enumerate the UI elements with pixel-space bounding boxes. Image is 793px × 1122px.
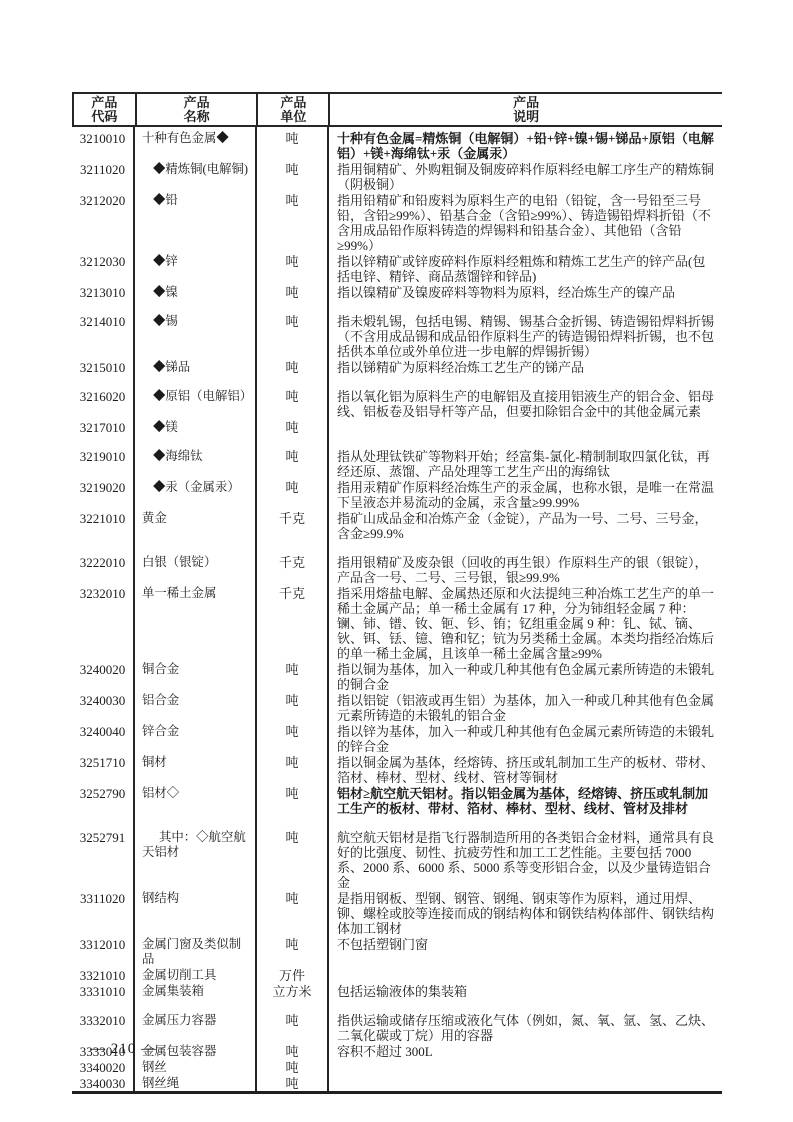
product-name-cell: 铝材◇ bbox=[133, 785, 255, 816]
product-code-cell: 3252790 bbox=[72, 785, 133, 816]
table-row: 3219020 ◆汞（金属汞） 吨 指用汞精矿作原料经冶炼生产的汞金属，也称水银… bbox=[72, 479, 722, 510]
product-description-cell bbox=[327, 419, 722, 435]
table-header-row: 产品 代码 产品 名称 产品 单位 产品 说明 bbox=[72, 92, 722, 127]
product-name-cell: 金属切削工具 bbox=[133, 967, 255, 983]
product-description-cell: 指以铜为基体，加入一种或几种其他有色金属元素所铸造的未锻轧的铜合金 bbox=[327, 661, 722, 692]
product-code-cell: 3212030 bbox=[72, 253, 133, 284]
table-row: 3221010 黄金 千克 指矿山成品金和冶炼产金（金锭），产品为一号、二号、三… bbox=[72, 510, 722, 541]
header-product-code-line1: 产品 bbox=[74, 96, 135, 110]
table-row: 3340020 钢丝 吨 bbox=[72, 1059, 722, 1075]
product-name-cell: 铝合金 bbox=[133, 692, 255, 723]
product-code-cell: 3215010 bbox=[72, 359, 133, 375]
product-code-cell: 3340020 bbox=[72, 1059, 133, 1075]
header-product-code: 产品 代码 bbox=[74, 94, 135, 125]
product-unit-cell: 万件 bbox=[255, 967, 327, 983]
product-name-cell: 钢结构 bbox=[133, 890, 255, 936]
header-product-description-line2: 说明 bbox=[330, 110, 722, 124]
product-name-cell: 单一稀土金属 bbox=[133, 585, 255, 661]
product-code-cell: 3251710 bbox=[72, 754, 133, 785]
product-name-cell: 黄金 bbox=[133, 510, 255, 541]
product-description-cell bbox=[327, 1075, 722, 1091]
table-row: 3312010 金属门窗及类似制品 吨 不包括塑钢门窗 bbox=[72, 936, 722, 967]
product-code-cell: 3240040 bbox=[72, 723, 133, 754]
table-row: 3240040 锌合金 吨 指以锌为基体，加入一种或几种其他有色金属元素所铸造的… bbox=[72, 723, 722, 754]
product-code-cell: 3216020 bbox=[72, 375, 133, 419]
product-description-cell bbox=[327, 1059, 722, 1075]
table-body: 3210010 十种有色金属◆ 吨 十种有色金属=精炼铜（电解铜）+铅+锌+镍+… bbox=[72, 127, 722, 1094]
product-unit-cell: 吨 bbox=[255, 284, 327, 300]
product-unit-cell: 立方米 bbox=[255, 983, 327, 999]
table-row: 3217010 ◆镁 吨 bbox=[72, 419, 722, 435]
table-row: 3251710 铜材 吨 指以铜金属为基体，经熔铸、挤压或轧制加工生产的板材、带… bbox=[72, 754, 722, 785]
product-description-cell: 指从处理钛铁矿等物料开始；经富集-氯化-精制制取四氯化钛，再经还原、蒸馏、产品处… bbox=[327, 435, 722, 479]
product-description-cell: 指用铜精矿、外购粗铜及铜废碎料作原料经电解工序生产的精炼铜（阴极铜） bbox=[327, 161, 722, 192]
product-name-cell: 金属集装箱 bbox=[133, 983, 255, 999]
product-description-cell: 包括运输液体的集装箱 bbox=[327, 983, 722, 999]
product-code-cell: 3331010 bbox=[72, 983, 133, 999]
table-row: 3311020 钢结构 吨 是指用钢板、型钢、钢管、钢绳、钢束等作为原料，通过用… bbox=[72, 890, 722, 936]
table-row: 3332010 金属压力容器 吨 指供运输或储存压缩或液化气体（例如，氮、氧、氩… bbox=[72, 999, 722, 1043]
product-code-cell: 3214010 bbox=[72, 300, 133, 359]
product-description-cell: 指供运输或储存压缩或液化气体（例如，氮、氧、氩、氢、乙炔、二氧化碳或丁烷）用的容… bbox=[327, 999, 722, 1043]
product-description-cell: 铝材≥航空航天铝材。指以铝金属为基体，经熔铸、挤压或轧制加工生产的板材、带材、箔… bbox=[327, 785, 722, 816]
product-unit-cell: 吨 bbox=[255, 192, 327, 253]
product-description-cell: 指以锌为基体，加入一种或几种其他有色金属元素所铸造的未锻轧的锌合金 bbox=[327, 723, 722, 754]
table-row: 3215010 ◆锑品 吨 指以锑精矿为原料经冶炼工艺生产的锑产品 bbox=[72, 359, 722, 375]
product-name-cell: ◆锑品 bbox=[133, 359, 255, 375]
product-unit-cell: 吨 bbox=[255, 692, 327, 723]
page-number: — 210 — bbox=[90, 1041, 157, 1058]
header-product-description-line1: 产品 bbox=[330, 96, 722, 110]
table-row: 3219010 ◆海绵钛 吨 指从处理钛铁矿等物料开始；经富集-氯化-精制制取四… bbox=[72, 435, 722, 479]
product-description-cell: 不包括塑钢门窗 bbox=[327, 936, 722, 967]
product-name-cell: 金属门窗及类似制品 bbox=[133, 936, 255, 967]
product-unit-cell: 千克 bbox=[255, 585, 327, 661]
product-code-cell: 3210010 bbox=[72, 127, 133, 161]
product-code-cell: 3222010 bbox=[72, 541, 133, 585]
product-description-cell: 指用汞精矿作原料经冶炼生产的汞金属，也称水银，是唯一在常温下呈液态并易流动的金属… bbox=[327, 479, 722, 510]
product-code-cell: 3240030 bbox=[72, 692, 133, 723]
product-description-cell bbox=[327, 967, 722, 983]
product-unit-cell: 吨 bbox=[255, 723, 327, 754]
product-description-cell: 指用银精矿及废杂银（回收的再生银）作原料生产的银（银锭），产品含一号、二号、三号… bbox=[327, 541, 722, 585]
product-description-cell: 指采用熔盐电解、金属热还原和火法提纯三种冶炼工艺生产的单一稀土金属产品；单一稀土… bbox=[327, 585, 722, 661]
table-row: 3331010 金属集装箱 立方米 包括运输液体的集装箱 bbox=[72, 983, 722, 999]
product-name-cell: ◆锌 bbox=[133, 253, 255, 284]
product-description-cell: 是指用钢板、型钢、钢管、钢绳、钢束等作为原料，通过用焊、铆、螺栓或胶等连接而成的… bbox=[327, 890, 722, 936]
product-name-cell: 其中：◇航空航天铝材 bbox=[133, 816, 255, 890]
product-unit-cell: 吨 bbox=[255, 161, 327, 192]
product-code-cell: 3212020 bbox=[72, 192, 133, 253]
product-name-cell: 钢丝 bbox=[133, 1059, 255, 1075]
table-row: 3211020 ◆精炼铜(电解铜) 吨 指用铜精矿、外购粗铜及铜废碎料作原料经电… bbox=[72, 161, 722, 192]
product-description-cell: 容积不超过 300L bbox=[327, 1043, 722, 1059]
table-row: 3222010 白银（银锭） 千克 指用银精矿及废杂银（回收的再生银）作原料生产… bbox=[72, 541, 722, 585]
product-unit-cell: 吨 bbox=[255, 300, 327, 359]
product-code-cell: 3240020 bbox=[72, 661, 133, 692]
table-row: 3216020 ◆原铝（电解铝） 吨 指以氧化铝为原料生产的电解铝及直接用铝液生… bbox=[72, 375, 722, 419]
product-name-cell: ◆铅 bbox=[133, 192, 255, 253]
product-name-cell: 铜合金 bbox=[133, 661, 255, 692]
product-name-cell: 金属压力容器 bbox=[133, 999, 255, 1043]
table-row: 3252790 铝材◇ 吨 铝材≥航空航天铝材。指以铝金属为基体，经熔铸、挤压或… bbox=[72, 785, 722, 816]
header-product-unit-line1: 产品 bbox=[258, 96, 328, 110]
product-description-cell: 指矿山成品金和冶炼产金（金锭），产品为一号、二号、三号金，含金≥99.9% bbox=[327, 510, 722, 541]
header-product-unit: 产品 单位 bbox=[256, 94, 328, 125]
product-description-cell: 指以氧化铝为原料生产的电解铝及直接用铝液生产的铝合金、铝母线、铝板卷及铝导杆等产… bbox=[327, 375, 722, 419]
table-row: 3213010 ◆镍 吨 指以镍精矿及镍废碎料等物料为原料，经冶炼生产的镍产品 bbox=[72, 284, 722, 300]
product-unit-cell: 吨 bbox=[255, 661, 327, 692]
product-code-cell: 3213010 bbox=[72, 284, 133, 300]
header-product-unit-line2: 单位 bbox=[258, 110, 328, 124]
table-row: 3214010 ◆锡 吨 指未煅轧锡，包括电锡、精锡、锡基合金折锡、铸造锡铅焊料… bbox=[72, 300, 722, 359]
document-page: 产品 代码 产品 名称 产品 单位 产品 说明 3210010 十种有色金属◆ … bbox=[0, 0, 793, 1122]
product-unit-cell: 吨 bbox=[255, 754, 327, 785]
product-description-cell: 指以铝锭（铝液或再生铝）为基体，加入一种或几种其他有色金属元素所铸造的未锻轧的铝… bbox=[327, 692, 722, 723]
product-unit-cell: 吨 bbox=[255, 1043, 327, 1059]
product-unit-cell: 吨 bbox=[255, 1059, 327, 1075]
product-code-cell: 3321010 bbox=[72, 967, 133, 983]
product-unit-cell: 千克 bbox=[255, 510, 327, 541]
header-product-name: 产品 名称 bbox=[135, 94, 257, 125]
product-description-cell: 指以锌精矿或锌废碎料作原料经粗炼和精炼工艺生产的锌产品(包括电锌、精锌、商品蒸馏… bbox=[327, 253, 722, 284]
table-row: 3340030 钢丝绳 吨 bbox=[72, 1075, 722, 1091]
product-unit-cell: 吨 bbox=[255, 936, 327, 967]
product-code-cell: 3311020 bbox=[72, 890, 133, 936]
product-unit-cell: 吨 bbox=[255, 127, 327, 161]
table-row: 3240030 铝合金 吨 指以铝锭（铝液或再生铝）为基体，加入一种或几种其他有… bbox=[72, 692, 722, 723]
header-product-description: 产品 说明 bbox=[328, 94, 722, 125]
product-description-cell: 指以镍精矿及镍废碎料等物料为原料，经冶炼生产的镍产品 bbox=[327, 284, 722, 300]
product-unit-cell: 吨 bbox=[255, 375, 327, 419]
product-code-cell: 3219010 bbox=[72, 435, 133, 479]
product-code-cell: 3221010 bbox=[72, 510, 133, 541]
product-unit-cell: 吨 bbox=[255, 890, 327, 936]
product-unit-cell: 吨 bbox=[255, 1075, 327, 1091]
product-code-cell: 3217010 bbox=[72, 419, 133, 435]
product-unit-cell: 吨 bbox=[255, 435, 327, 479]
product-code-cell: 3219020 bbox=[72, 479, 133, 510]
table-row: 3210010 十种有色金属◆ 吨 十种有色金属=精炼铜（电解铜）+铅+锌+镍+… bbox=[72, 127, 722, 161]
product-name-cell: 十种有色金属◆ bbox=[133, 127, 255, 161]
table-row: 3321010 金属切削工具 万件 bbox=[72, 967, 722, 983]
product-name-cell: ◆锡 bbox=[133, 300, 255, 359]
table-row: 3212030 ◆锌 吨 指以锌精矿或锌废碎料作原料经粗炼和精炼工艺生产的锌产品… bbox=[72, 253, 722, 284]
table-row: 3240020 铜合金 吨 指以铜为基体，加入一种或几种其他有色金属元素所铸造的… bbox=[72, 661, 722, 692]
product-code-cell: 3340030 bbox=[72, 1075, 133, 1091]
product-description-cell: 指用铅精矿和铅废料为原料生产的电铅（铅锭，含一号铅至三号铅，含铅≥99%）、铅基… bbox=[327, 192, 722, 253]
product-code-cell: 3312010 bbox=[72, 936, 133, 967]
product-name-cell: ◆精炼铜(电解铜) bbox=[133, 161, 255, 192]
table-row: 3232010 单一稀土金属 千克 指采用熔盐电解、金属热还原和火法提纯三种冶炼… bbox=[72, 585, 722, 661]
product-description-cell: 指以锑精矿为原料经冶炼工艺生产的锑产品 bbox=[327, 359, 722, 375]
product-unit-cell: 吨 bbox=[255, 479, 327, 510]
product-description-cell: 指未煅轧锡，包括电锡、精锡、锡基合金折锡、铸造锡铅焊料折锡（不含用成品锡和成品铅… bbox=[327, 300, 722, 359]
product-name-cell: 钢丝绳 bbox=[133, 1075, 255, 1091]
product-code-cell: 3211020 bbox=[72, 161, 133, 192]
product-unit-cell: 吨 bbox=[255, 785, 327, 816]
product-name-cell: 白银（银锭） bbox=[133, 541, 255, 585]
header-product-name-line2: 名称 bbox=[137, 110, 257, 124]
product-description-cell: 航空航天铝材是指飞行器制造所用的各类铝合金材料，通常具有良好的比强度、韧性、抗疲… bbox=[327, 816, 722, 890]
product-description-cell: 十种有色金属=精炼铜（电解铜）+铅+锌+镍+锡+锑品+原铝（电解铝）+镁+海绵钛… bbox=[327, 127, 722, 161]
product-name-cell: ◆镍 bbox=[133, 284, 255, 300]
product-unit-cell: 吨 bbox=[255, 253, 327, 284]
product-code-cell: 3252791 bbox=[72, 816, 133, 890]
product-name-cell: 锌合金 bbox=[133, 723, 255, 754]
product-unit-cell: 吨 bbox=[255, 419, 327, 435]
product-description-cell: 指以铜金属为基体，经熔铸、挤压或轧制加工生产的板材、带材、箔材、棒材、型材、线材… bbox=[327, 754, 722, 785]
header-product-name-line1: 产品 bbox=[137, 96, 257, 110]
product-code-cell: 3232010 bbox=[72, 585, 133, 661]
product-name-cell: ◆海绵钛 bbox=[133, 435, 255, 479]
product-name-cell: ◆镁 bbox=[133, 419, 255, 435]
table-row: 3212020 ◆铅 吨 指用铅精矿和铅废料为原料生产的电铅（铅锭，含一号铅至三… bbox=[72, 192, 722, 253]
product-unit-cell: 千克 bbox=[255, 541, 327, 585]
product-unit-cell: 吨 bbox=[255, 999, 327, 1043]
product-unit-cell: 吨 bbox=[255, 359, 327, 375]
table-row: 3252791 其中：◇航空航天铝材 吨 航空航天铝材是指飞行器制造所用的各类铝… bbox=[72, 816, 722, 890]
product-name-cell: ◆汞（金属汞） bbox=[133, 479, 255, 510]
product-name-cell: 铜材 bbox=[133, 754, 255, 785]
header-product-code-line2: 代码 bbox=[74, 110, 135, 124]
product-classification-table: 产品 代码 产品 名称 产品 单位 产品 说明 3210010 十种有色金属◆ … bbox=[72, 92, 722, 1094]
product-name-cell: ◆原铝（电解铝） bbox=[133, 375, 255, 419]
table-row: 3333010 金属包装容器 吨 容积不超过 300L bbox=[72, 1043, 722, 1059]
product-code-cell: 3332010 bbox=[72, 999, 133, 1043]
product-unit-cell: 吨 bbox=[255, 816, 327, 890]
